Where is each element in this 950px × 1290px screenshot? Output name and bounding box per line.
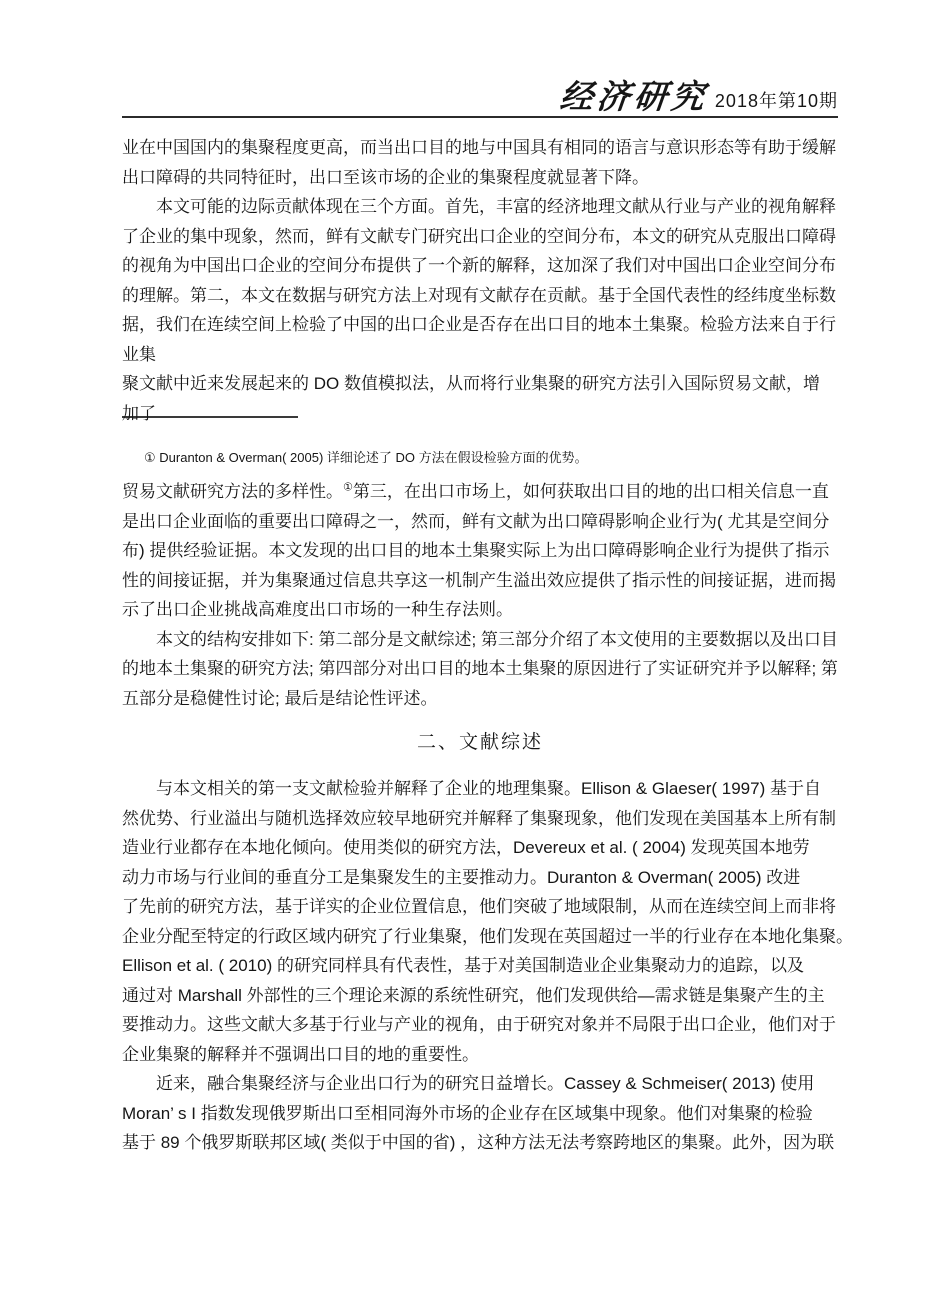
- text-line: 企业集聚的解释并不强调出口目的地的重要性。: [122, 1040, 838, 1070]
- paragraph: 与本文相关的第一支文献检验并解释了企业的地理集聚。Ellison & Glaes…: [122, 774, 838, 1069]
- section-heading: 二、文献综述: [122, 729, 838, 757]
- text-line: 性的间接证据，并为集聚通过信息共享这一机制产生溢出效应提供了指示性的间接证据，进…: [122, 566, 838, 596]
- text-line: 是出口企业面临的重要出口障碍之一，然而，鲜有文献为出口障碍影响企业行为( 尤其是…: [122, 507, 838, 537]
- paragraph: 贸易文献研究方法的多样性。①第三，在出口市场上，如何获取出口目的地的出口相关信息…: [122, 477, 838, 625]
- paragraph: 近来，融合集聚经济与企业出口行为的研究日益增长。Cassey & Schmeis…: [122, 1069, 838, 1158]
- text-line: 业在中国国内的集聚程度更高，而当出口目的地与中国具有相同的语言与意识形态等有助于…: [122, 133, 838, 163]
- text-line: 据，我们在连续空间上检验了中国的出口企业是否存在出口目的地本土集聚。检验方法来自…: [122, 310, 838, 340]
- paragraph: 本文的结构安排如下: 第二部分是文献综述; 第三部分介绍了本文使用的主要数据以及…: [122, 625, 838, 714]
- text-line: 的视角为中国出口企业的空间分布提供了一个新的解释，这加深了我们对中国出口企业空间…: [122, 251, 838, 281]
- text-line: 的地本土集聚的研究方法; 第四部分对出口目的地本土集聚的原因进行了实证研究并予以…: [122, 654, 838, 684]
- text-line: 本文可能的边际贡献体现在三个方面。首先，丰富的经济地理文献从行业与产业的视角解释: [122, 192, 838, 222]
- text-line: 贸易文献研究方法的多样性。①第三，在出口市场上，如何获取出口目的地的出口相关信息…: [122, 477, 838, 507]
- journal-logo: 经济研究: [558, 80, 710, 114]
- text-line: Ellison et al. ( 2010) 的研究同样具有代表性，基于对美国制…: [122, 951, 838, 981]
- text-line: 要推动力。这些文献大多基于行业与产业的视角，由于研究对象并不局限于出口企业，他们…: [122, 1010, 838, 1040]
- footnote-ref-marker: ①: [343, 481, 353, 493]
- text-line: 聚文献中近来发展起来的 DO 数值模拟法，从而将行业集聚的研究方法引入国际贸易文…: [122, 369, 838, 399]
- text-line: 加了: [122, 399, 838, 429]
- text-line: 企业分配至特定的行政区域内研究了行业集聚，他们发现在英国超过一半的行业存在本地化…: [122, 922, 838, 952]
- footnote-text: ① Duranton & Overman( 2005) 详细论述了 DO 方法在…: [122, 448, 838, 468]
- journal-page: 经济研究 2018年第10期 业在中国国内的集聚程度更高，而当出口目的地与中国具…: [0, 0, 950, 1290]
- text-line: 五部分是稳健性讨论; 最后是结论性评述。: [122, 684, 838, 714]
- text-line: 基于 89 个俄罗斯联邦区域( 类似于中国的省) ，这种方法无法考察跨地区的集聚…: [122, 1128, 838, 1158]
- text-line: 了企业的集中现象，然而，鲜有文献专门研究出口企业的空间分布，本文的研究从克服出口…: [122, 222, 838, 252]
- paragraph: 业在中国国内的集聚程度更高，而当出口目的地与中国具有相同的语言与意识形态等有助于…: [122, 133, 838, 192]
- text-line: 造业行业都存在本地化倾向。使用类似的研究方法，Devereux et al. (…: [122, 833, 838, 863]
- text-line: 然优势、行业溢出与随机选择效应较早地研究并解释了集聚现象，他们发现在美国基本上所…: [122, 804, 838, 834]
- text-line: 通过对 Marshall 外部性的三个理论来源的系统性研究，他们发现供给—需求链…: [122, 981, 838, 1011]
- page-header: 经济研究 2018年第10期: [122, 0, 838, 118]
- paragraph: 本文可能的边际贡献体现在三个方面。首先，丰富的经济地理文献从行业与产业的视角解释…: [122, 192, 838, 428]
- article-body: 业在中国国内的集聚程度更高，而当出口目的地与中国具有相同的语言与意识形态等有助于…: [122, 133, 838, 1158]
- issue-label: 2018年第10期: [715, 92, 838, 114]
- text-line: 了先前的研究方法，基于详实的企业位置信息，他们突破了地域限制，从而在连续空间上而…: [122, 892, 838, 922]
- text-line: 示了出口企业挑战高难度出口市场的一种生存法则。: [122, 595, 838, 625]
- text-line: 动力市场与行业间的垂直分工是集聚发生的主要推动力。Duranton & Over…: [122, 863, 838, 893]
- text-line: 与本文相关的第一支文献检验并解释了企业的地理集聚。Ellison & Glaes…: [122, 774, 838, 804]
- text-line: 出口障碍的共同特征时，出口至该市场的企业的集聚程度就显著下降。: [122, 163, 838, 193]
- text-line: 的理解。第二，本文在数据与研究方法上对现有文献存在贡献。基于全国代表性的经纬度坐…: [122, 281, 838, 311]
- text-line: 布) 提供经验证据。本文发现的出口目的地本土集聚实际上为出口障碍影响企业行为提供…: [122, 536, 838, 566]
- text-line: 近来，融合集聚经济与企业出口行为的研究日益增长。Cassey & Schmeis…: [122, 1069, 838, 1099]
- text-line: 本文的结构安排如下: 第二部分是文献综述; 第三部分介绍了本文使用的主要数据以及…: [122, 625, 838, 655]
- text-line: 业集: [122, 340, 838, 370]
- text-line: Moran’ s I 指数发现俄罗斯出口至相同海外市场的企业存在区域集中现象。他…: [122, 1099, 838, 1129]
- masthead: 经济研究 2018年第10期: [560, 80, 838, 114]
